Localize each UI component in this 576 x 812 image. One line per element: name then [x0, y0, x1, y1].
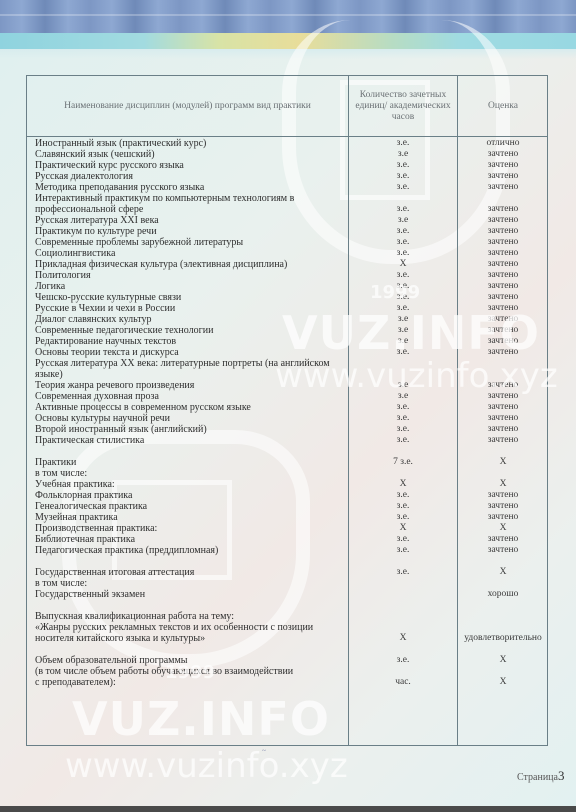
credit-units: з.е: [349, 314, 457, 325]
table-row: Объем образовательной программыз.е.X: [27, 655, 547, 666]
table-row: в том числе:: [27, 578, 547, 589]
discipline-name: профессиональной сфере: [35, 204, 345, 215]
discipline-name: с преподавателем):: [35, 677, 345, 688]
discipline-name: Методика преподавания русского языка: [35, 182, 345, 193]
table-row: Политологияз.е.зачтено: [27, 270, 547, 281]
credit-units: з.е.: [349, 237, 457, 248]
grade-value: зачтено: [458, 413, 548, 424]
grade-value: зачтено: [458, 391, 548, 402]
grade-value: X: [458, 655, 548, 666]
discipline-name: Библиотечная практика: [35, 534, 345, 545]
header-credit-units: Количество зачетных единиц/ академически…: [349, 76, 457, 136]
discipline-name: Современные проблемы зарубежной литерату…: [35, 237, 345, 248]
discipline-name: Теория жанра речевого произведения: [35, 380, 345, 391]
spacer-row: [27, 446, 547, 457]
grade-value: зачтено: [458, 325, 548, 336]
table-row: Практикум по культуре речиз.е.зачтено: [27, 226, 547, 237]
credit-units: з.е: [349, 325, 457, 336]
table-row: профессиональной сферез.е.зачтено: [27, 204, 547, 215]
discipline-name: Русские в Чехии и чехи в России: [35, 303, 345, 314]
table-row: Фольклорная практиказ.е.зачтено: [27, 490, 547, 501]
credit-units: з.е.: [349, 512, 457, 523]
credit-units: з.е.: [349, 182, 457, 193]
grade-value: X: [458, 677, 548, 688]
table-row: в том числе:: [27, 468, 547, 479]
credit-units: з.е.: [349, 270, 457, 281]
security-pattern-band: [0, 0, 576, 33]
grade-value: зачтено: [458, 501, 548, 512]
table-row: Основы теории текста и дискурсаз.е.зачте…: [27, 347, 547, 358]
table-row: Социолингвистиказ.е.зачтено: [27, 248, 547, 259]
discipline-name: Практики: [35, 457, 345, 468]
discipline-name: Славянский язык (чешский): [35, 149, 345, 160]
table-row: Современные проблемы зарубежной литерату…: [27, 237, 547, 248]
discipline-name: Современная духовная проза: [35, 391, 345, 402]
table-row: Методика преподавания русского языказ.е.…: [27, 182, 547, 193]
table-row: Иностранный язык (практический курс)з.е.…: [27, 138, 547, 149]
discipline-name: Активные процессы в современном русском …: [35, 402, 345, 413]
credit-units: з.е.: [349, 534, 457, 545]
credit-units: з.е.: [349, 402, 457, 413]
discipline-name: Педагогическая практика (преддипломная): [35, 545, 345, 556]
table-row: Логиказ.е.зачтено: [27, 281, 547, 292]
table-row: Славянский язык (чешский)з.езачтено: [27, 149, 547, 160]
grade-value: отлично: [458, 138, 548, 149]
table-row: носителя китайского языка и культуры»Xуд…: [27, 633, 547, 644]
discipline-name: носителя китайского языка и культуры»: [35, 633, 345, 644]
grade-value: зачтено: [458, 237, 548, 248]
grade-value: зачтено: [458, 226, 548, 237]
credit-units: з.е.: [349, 171, 457, 182]
credit-units: з.е.: [349, 545, 457, 556]
discipline-name: Государственная итоговая аттестация: [35, 567, 345, 578]
credit-units: з.е.: [349, 424, 457, 435]
discipline-name: Основы культуры научной речи: [35, 413, 345, 424]
scan-edge: [0, 806, 576, 812]
grade-value: зачтено: [458, 512, 548, 523]
discipline-name: Практическая стилистика: [35, 435, 345, 446]
header-divider: [27, 136, 547, 137]
credit-units: 7 з.е.: [349, 457, 457, 468]
table-row: Прикладная физическая культура (элективн…: [27, 259, 547, 270]
grade-value: зачтено: [458, 292, 548, 303]
table-row: «Жанры русских рекламных текстов и их ос…: [27, 622, 547, 633]
discipline-name: Интерактивный практикум по компьютерным …: [35, 193, 345, 204]
table-row: Педагогическая практика (преддипломная)з…: [27, 545, 547, 556]
grade-value: зачтено: [458, 270, 548, 281]
credit-units: з.е.: [349, 490, 457, 501]
table-row: Выпускная квалификационная работа на тем…: [27, 611, 547, 622]
credit-units: з.е.: [349, 138, 457, 149]
grade-value: зачтено: [458, 149, 548, 160]
credit-units: з.е.: [349, 567, 457, 578]
discipline-name: Русская диалектология: [35, 171, 345, 182]
credit-units: X: [349, 633, 457, 644]
spacer-row: [27, 644, 547, 655]
table-row: Практики7 з.е.X: [27, 457, 547, 468]
grade-value: удовлетворительно: [458, 633, 548, 644]
table-row: Современные педагогические технологииз.е…: [27, 325, 547, 336]
credit-units: з.е: [349, 215, 457, 226]
credit-units: з.е.: [349, 303, 457, 314]
discipline-name: Русская литература XXI века: [35, 215, 345, 226]
grade-value: зачтено: [458, 314, 548, 325]
credit-units: з.е: [349, 149, 457, 160]
grade-value: зачтено: [458, 336, 548, 347]
table-row: Русская диалектологияз.е.зачтено: [27, 171, 547, 182]
table-row: с преподавателем):час.X: [27, 677, 547, 688]
watermark-url: www.vuzinfo.xyz: [65, 746, 348, 786]
table-row: Интерактивный практикум по компьютерным …: [27, 193, 547, 204]
table-row: Музейная практиказ.е.зачтено: [27, 512, 547, 523]
table-row: Чешско-русские культурные связиз.е.зачте…: [27, 292, 547, 303]
grade-value: зачтено: [458, 204, 548, 215]
table-row: Учебная практика:XX: [27, 479, 547, 490]
discipline-name: Русская литература XX века: литературные…: [35, 358, 345, 369]
grade-value: зачтено: [458, 545, 548, 556]
table-row: Государственная итоговая аттестацияз.е.X: [27, 567, 547, 578]
credit-units: з.е.: [349, 281, 457, 292]
table-row: Генеалогическая практиказ.е.зачтено: [27, 501, 547, 512]
table-row: Современная духовная прозаз.езачтено: [27, 391, 547, 402]
credit-units: з.е: [349, 380, 457, 391]
grade-value: хорошо: [458, 589, 548, 600]
credit-units: з.е.: [349, 435, 457, 446]
grade-value: зачтено: [458, 380, 548, 391]
table-row: Редактирование научных текстовз.езачтено: [27, 336, 547, 347]
discipline-name: Учебная практика:: [35, 479, 345, 490]
discipline-name: Политология: [35, 270, 345, 281]
credit-units: з.е.: [349, 204, 457, 215]
table-row: Библиотечная практиказ.е.зачтено: [27, 534, 547, 545]
grade-value: зачтено: [458, 215, 548, 226]
credit-units: з.е.: [349, 292, 457, 303]
discipline-name: Второй иностранный язык (английский): [35, 424, 345, 435]
credit-units: X: [349, 259, 457, 270]
discipline-name: (в том числе объем работы обучающихся во…: [35, 666, 345, 677]
table-row: Теория жанра речевого произведенияз.езач…: [27, 380, 547, 391]
table-row: Государственный экзаменхорошо: [27, 589, 547, 600]
credit-units: з.е.: [349, 226, 457, 237]
page-number-value: 3: [558, 768, 565, 783]
grade-value: зачтено: [458, 171, 548, 182]
grade-value: X: [458, 523, 548, 534]
grade-value: X: [458, 457, 548, 468]
discipline-name: в том числе:: [35, 468, 345, 479]
page-number: Страница3: [517, 768, 564, 784]
table-row: (в том числе объем работы обучающихся во…: [27, 666, 547, 677]
grade-value: зачтено: [458, 435, 548, 446]
table-row: Диалог славянских культурз.езачтено: [27, 314, 547, 325]
credit-units: з.е.: [349, 347, 457, 358]
table-row: Русская литература XX века: литературные…: [27, 358, 547, 369]
discipline-name: Генеалогическая практика: [35, 501, 345, 512]
table-row: Практическая стилистиказ.е.зачтено: [27, 435, 547, 446]
grade-value: зачтено: [458, 182, 548, 193]
table-row: Активные процессы в современном русском …: [27, 402, 547, 413]
table-row: Основы культуры научной речиз.е.зачтено: [27, 413, 547, 424]
grades-table: Наименование дисциплин (модулей) програм…: [26, 75, 548, 746]
discipline-name: Диалог славянских культур: [35, 314, 345, 325]
discipline-name: «Жанры русских рекламных текстов и их ос…: [35, 622, 345, 633]
grade-value: зачтено: [458, 490, 548, 501]
discipline-name: Фольклорная практика: [35, 490, 345, 501]
credit-units: з.е.: [349, 501, 457, 512]
spacer-row: [27, 556, 547, 567]
discipline-name: Логика: [35, 281, 345, 292]
discipline-name: Государственный экзамен: [35, 589, 345, 600]
header-grade: Оценка: [458, 76, 548, 136]
discipline-name: Редактирование научных текстов: [35, 336, 345, 347]
discipline-name: Социолингвистика: [35, 248, 345, 259]
discipline-name: в том числе:: [35, 578, 345, 589]
grade-value: зачтено: [458, 281, 548, 292]
credit-units: з.е.: [349, 413, 457, 424]
grade-value: зачтено: [458, 347, 548, 358]
spacer-row: [27, 600, 547, 611]
credit-units: з.е.: [349, 248, 457, 259]
grade-value: зачтено: [458, 424, 548, 435]
credit-units: з.е: [349, 336, 457, 347]
grade-value: зачтено: [458, 303, 548, 314]
grade-value: зачтено: [458, 259, 548, 270]
discipline-name: Практический курс русского языка: [35, 160, 345, 171]
credit-units: X: [349, 523, 457, 534]
header-discipline-name: Наименование дисциплин (модулей) програм…: [27, 76, 348, 136]
discipline-name: Производственная практика:: [35, 523, 345, 534]
table-row: Русская литература XXI веказ.езачтено: [27, 215, 547, 226]
credit-units: з.е: [349, 391, 457, 402]
discipline-name: Иностранный язык (практический курс): [35, 138, 345, 149]
discipline-name: языке): [35, 369, 345, 380]
discipline-name: Современные педагогические технологии: [35, 325, 345, 336]
signature-mark: ~: [262, 747, 266, 755]
discipline-name: Выпускная квалификационная работа на тем…: [35, 611, 345, 622]
discipline-name: Объем образовательной программы: [35, 655, 345, 666]
grade-value: зачтено: [458, 160, 548, 171]
credit-units: X: [349, 479, 457, 490]
table-body: Иностранный язык (практический курс)з.е.…: [27, 138, 547, 688]
discipline-name: Прикладная физическая культура (элективн…: [35, 259, 345, 270]
grade-value: зачтено: [458, 248, 548, 259]
discipline-name: Практикум по культуре речи: [35, 226, 345, 237]
grade-value: X: [458, 567, 548, 578]
discipline-name: Основы теории текста и дискурса: [35, 347, 345, 358]
grade-value: зачтено: [458, 534, 548, 545]
table-row: Практический курс русского языказ.е.зачт…: [27, 160, 547, 171]
grade-value: X: [458, 479, 548, 490]
table-row: языке): [27, 369, 547, 380]
credit-units: час.: [349, 677, 457, 688]
table-row: Русские в Чехии и чехи в Россииз.е.зачте…: [27, 303, 547, 314]
table-row: Производственная практика:XX: [27, 523, 547, 534]
discipline-name: Чешско-русские культурные связи: [35, 292, 345, 303]
credit-units: з.е.: [349, 655, 457, 666]
grade-value: зачтено: [458, 402, 548, 413]
credit-units: з.е.: [349, 160, 457, 171]
page-label: Страница: [517, 772, 558, 783]
table-row: Второй иностранный язык (английский)з.е.…: [27, 424, 547, 435]
discipline-name: Музейная практика: [35, 512, 345, 523]
